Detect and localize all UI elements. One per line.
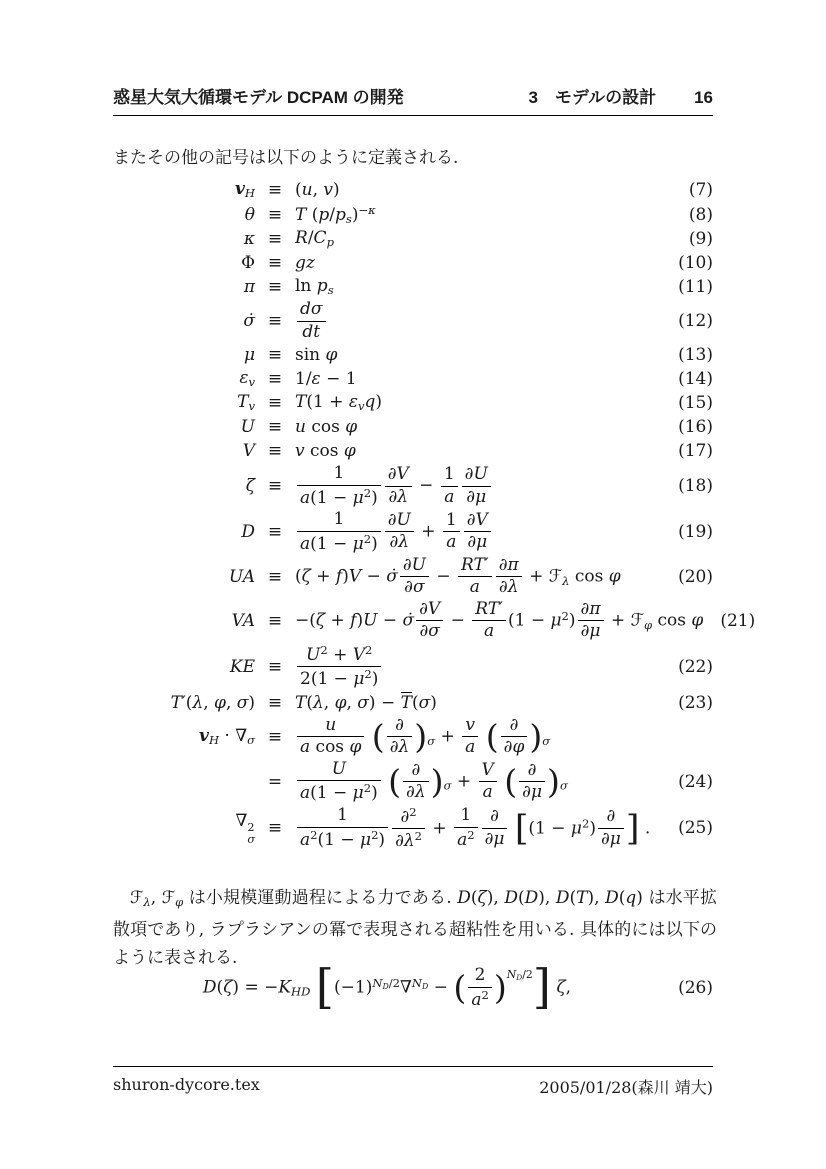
equation-row: ζ ≡ 1a(1 − μ2)∂V∂λ − 1a∂U∂μ (18): [113, 464, 713, 508]
equation-number: (13): [661, 345, 713, 365]
equation-lhs: U: [113, 417, 255, 437]
equation-rhs: (u, v): [295, 180, 661, 200]
equation-row: V ≡ v cos φ (17): [113, 440, 713, 462]
header-right: 3 モデルの設計 16: [528, 88, 713, 108]
equation-row: U ≡ u cos φ (16): [113, 416, 713, 438]
equation-row: vH ≡ (u, v) (7): [113, 179, 713, 201]
equation-row: εv ≡ 1/ε − 1 (14): [113, 368, 713, 390]
equation-rel-sign: ≡: [255, 311, 295, 331]
equation-lhs: κ: [113, 229, 255, 249]
footer-date: 2005/01/28(森川 靖大): [539, 1075, 713, 1098]
header-section: 3 モデルの設計: [528, 88, 656, 108]
equation-row: UA ≡ (ζ + f)V − σ̇∂U∂σ − RT′a∂π∂λ + ℱλ c…: [113, 556, 713, 598]
equation-lhs: vH · ∇σ: [113, 726, 255, 747]
equation-rhs: 1/ε − 1: [295, 369, 661, 389]
equation-lhs: εv: [113, 368, 255, 389]
equation-rhs: 1a(1 − μ2)∂U∂λ + 1a∂V∂μ: [295, 510, 661, 554]
equation-lhs: ∇2σ: [113, 811, 255, 845]
equation-rel-sign: ≡: [255, 369, 295, 389]
equation-rhs: T (p/ps)−κ: [295, 203, 661, 226]
equation-lhs: Tv: [113, 392, 255, 413]
equation-lhs: ζ: [113, 476, 255, 496]
equation-rhs: −(ζ + f)U − σ̇∂V∂σ − RT′a(1 − μ2)∂π∂μ + …: [295, 600, 703, 642]
equation-rhs: T(1 + εvq): [295, 392, 661, 413]
equation-number: (24): [661, 772, 713, 792]
display-equation: D(ζ) = −KHD [(−1)ND/2∇ND − (2a2)ND/2] ζ,…: [113, 952, 713, 1024]
equation-row: κ ≡ R/Cp (9): [113, 228, 713, 250]
equation-row: σ̇ ≡ dσdt (12): [113, 300, 713, 342]
equation-list: vH ≡ (u, v) (7) θ ≡ T (p/ps)−κ (8) κ ≡ R…: [113, 177, 713, 853]
equation-rel-sign: ≡: [255, 277, 295, 297]
equation-rel-sign: ≡: [255, 345, 295, 365]
equation-lhs: σ̇: [113, 311, 255, 331]
equation-rhs: 1a2(1 − μ2)∂2∂λ2 + 1a2∂∂μ [(1 − μ2)∂∂μ] …: [295, 806, 661, 852]
equation-rel-sign: ≡: [255, 229, 295, 249]
equation-number: (8): [661, 205, 713, 225]
equation-rhs: u cos φ: [295, 417, 661, 437]
equation-row: π ≡ ln ps (11): [113, 276, 713, 298]
equation-rhs: T(λ, φ, σ) − T(σ): [295, 693, 661, 713]
equation-number: (18): [661, 476, 713, 496]
display-equation-number: (26): [661, 978, 713, 998]
equation-rel-sign: ≡: [255, 567, 295, 587]
equation-number: (23): [661, 693, 713, 713]
equation-number: (16): [661, 417, 713, 437]
equation-number: (7): [661, 180, 713, 200]
equation-rel-sign: ≡: [255, 253, 295, 273]
equation-row: vH · ∇σ ≡ ua cos φ (∂∂λ)σ + va (∂∂φ)σ: [113, 716, 713, 758]
equation-lhs: UA: [113, 567, 255, 587]
equation-rel-sign: =: [255, 772, 295, 792]
equation-lhs: D: [113, 522, 255, 542]
equation-number: (17): [661, 441, 713, 461]
equation-rel-sign: ≡: [255, 180, 295, 200]
equation-row: D ≡ 1a(1 − μ2)∂U∂λ + 1a∂V∂μ (19): [113, 510, 713, 554]
intro-text: またその他の記号は以下のように定義される.: [113, 143, 713, 168]
equation-number: (20): [661, 567, 713, 587]
equation-row: KE ≡ U2 + V22(1 − μ2) (22): [113, 644, 713, 690]
equation-number: (19): [661, 522, 713, 542]
equation-rhs: 1a(1 − μ2)∂V∂λ − 1a∂U∂μ: [295, 464, 661, 508]
equation-row: = Ua(1 − μ2) (∂∂λ)σ + Va (∂∂μ)σ (24): [113, 760, 713, 804]
equation-lhs: V: [113, 441, 255, 461]
equation-rhs: dσdt: [295, 300, 661, 342]
equation-row: T′(λ, φ, σ) ≡ T(λ, φ, σ) − T(σ) (23): [113, 692, 713, 714]
equation-rhs: Ua(1 − μ2) (∂∂λ)σ + Va (∂∂μ)σ: [295, 760, 661, 804]
equation-lhs: π: [113, 277, 255, 297]
equation-rel-sign: ≡: [255, 818, 295, 838]
footer-filename: shuron-dycore.tex: [113, 1075, 260, 1098]
equation-row: Φ ≡ gz (10): [113, 252, 713, 274]
header-title: 惑星大気大循環モデル DCPAM の開発: [113, 88, 404, 108]
header-page-number: 16: [694, 88, 713, 108]
equation-number: (11): [661, 277, 713, 297]
equation-rel-sign: ≡: [255, 205, 295, 225]
equation-lhs: θ: [113, 205, 255, 225]
equation-row: θ ≡ T (p/ps)−κ (8): [113, 203, 713, 226]
equation-rhs: gz: [295, 253, 661, 273]
equation-row: VA ≡ −(ζ + f)U − σ̇∂V∂σ − RT′a(1 − μ2)∂π…: [113, 600, 713, 642]
equation-rel-sign: ≡: [255, 476, 295, 496]
equation-rel-sign: ≡: [255, 727, 295, 747]
equation-rhs: ln ps: [295, 276, 661, 297]
equation-number: (15): [661, 393, 713, 413]
equation-lhs: vH: [113, 179, 255, 200]
equation-number: (14): [661, 369, 713, 389]
equation-row: ∇2σ ≡ 1a2(1 − μ2)∂2∂λ2 + 1a2∂∂μ [(1 − μ2…: [113, 806, 713, 852]
equation-rhs: sin φ: [295, 345, 661, 365]
equation-rel-sign: ≡: [255, 693, 295, 713]
equation-row: μ ≡ sin φ (13): [113, 344, 713, 366]
equation-rel-sign: ≡: [255, 441, 295, 461]
equation-rhs: R/Cp: [295, 228, 661, 249]
page-footer: shuron-dycore.tex 2005/01/28(森川 靖大): [113, 1066, 713, 1098]
equation-lhs: Φ: [113, 253, 255, 273]
equation-number: (9): [661, 229, 713, 249]
document-page: 惑星大気大循環モデル DCPAM の開発 3 モデルの設計 16 またその他の記…: [0, 0, 826, 1169]
equation-number: (25): [661, 818, 713, 838]
equation-number: (22): [661, 657, 713, 677]
page-header: 惑星大気大循環モデル DCPAM の開発 3 モデルの設計 16: [113, 88, 713, 116]
equation-rel-sign: ≡: [255, 393, 295, 413]
equation-rhs: (ζ + f)V − σ̇∂U∂σ − RT′a∂π∂λ + ℱλ cos φ: [295, 556, 661, 598]
equation-rhs: v cos φ: [295, 441, 661, 461]
equation-rel-sign: ≡: [255, 611, 295, 631]
equation-lhs: μ: [113, 345, 255, 365]
equation-row: Tv ≡ T(1 + εvq) (15): [113, 392, 713, 414]
equation-rel-sign: ≡: [255, 417, 295, 437]
equation-rel-sign: ≡: [255, 657, 295, 677]
equation-lhs: KE: [113, 657, 255, 677]
equation-lhs: T′(λ, φ, σ): [113, 693, 255, 713]
equation-number: (10): [661, 253, 713, 273]
equation-number: (21): [703, 611, 755, 631]
equation-lhs: VA: [113, 611, 255, 631]
equation-rel-sign: ≡: [255, 522, 295, 542]
equation-rhs: U2 + V22(1 − μ2): [295, 644, 661, 690]
display-equation-body: D(ζ) = −KHD [(−1)ND/2∇ND − (2a2)ND/2] ζ,: [113, 966, 661, 1010]
equation-rhs: ua cos φ (∂∂λ)σ + va (∂∂φ)σ: [295, 716, 661, 758]
equation-number: (12): [661, 311, 713, 331]
